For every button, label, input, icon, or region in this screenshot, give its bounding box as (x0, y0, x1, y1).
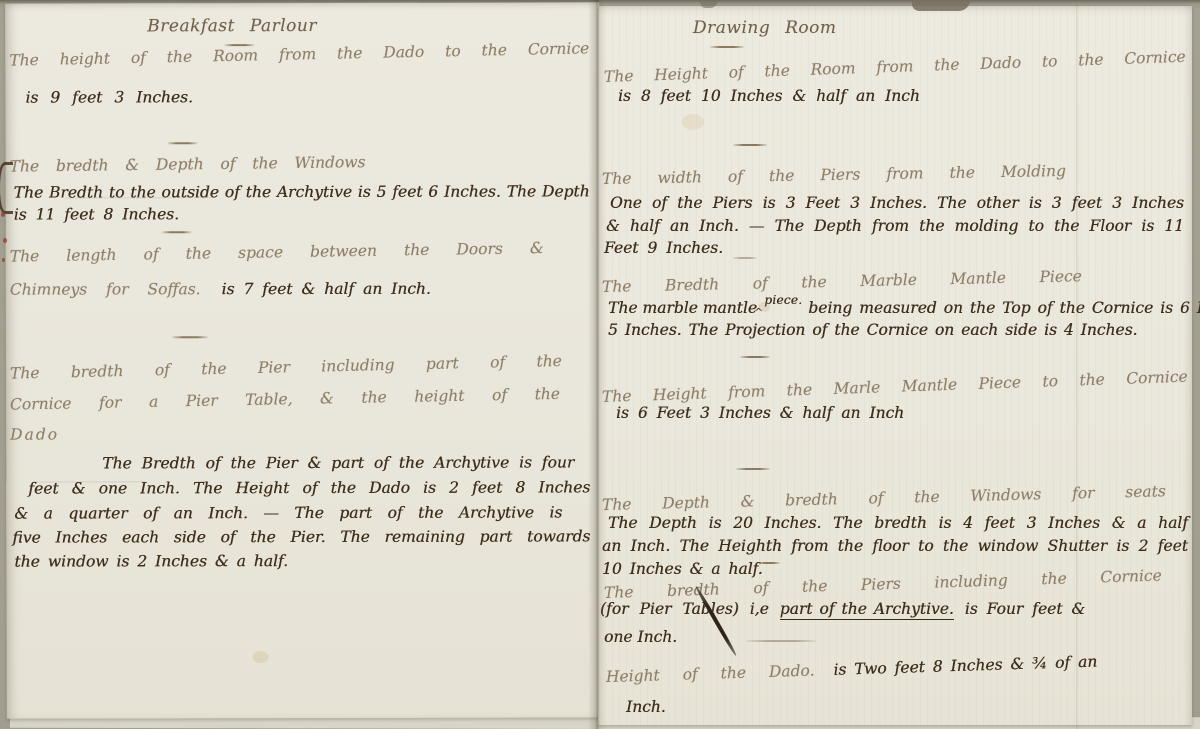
body-line: Inch. (626, 698, 666, 717)
measure-segment: is 7 feet & half an Inch. (222, 280, 431, 298)
section-header-line: The Height from the Marle Mantle Piece t… (602, 368, 1188, 407)
paper-stain (758, 302, 770, 312)
section-divider (740, 356, 770, 358)
section-divider (746, 640, 816, 642)
text-segment: being measured on the Top of the Cornice… (808, 299, 1200, 317)
body-line: The Bredth of the Pier & part of the Arc… (102, 453, 574, 473)
section-header-line: The Depth & bredth of the Windows for se… (602, 482, 1166, 514)
section-header-line: The bredth & Depth of the Windows (9, 153, 365, 176)
body-line: 5 Inches. The Projection of the Cornice … (608, 321, 1137, 340)
section-header-line: Cornice for a Pier Table, & the height o… (10, 385, 560, 414)
text-segment: (for Pier Tables) i,e (600, 600, 769, 618)
body-line: five Inches each side of the Pier. The r… (12, 527, 590, 547)
pencil-guideline (36, 481, 146, 482)
underlined-segment: part of the Archytive. (780, 600, 954, 620)
body-line: is 8 feet 10 Inches & half an Inch (618, 87, 920, 106)
title-underline (710, 46, 744, 48)
section-header-line: The width of the Piers from the Molding (602, 162, 1066, 189)
body-line: One of the Piers is 3 Feet 3 Inches. The… (610, 194, 1184, 213)
red-edge-speck (2, 258, 5, 262)
body-line: Height of the Dado. is Two feet 8 Inches… (606, 653, 1098, 687)
body-line: an Inch. The Heighth from the floor to t… (602, 537, 1188, 556)
body-line: Feet 9 Inches. (604, 239, 723, 258)
body-line: The Depth is 20 Inches. The bredth is 4 … (608, 514, 1188, 533)
header-segment: Height of the Dado. (606, 661, 815, 686)
right-page: Drawing Room The Height of the Room from… (598, 6, 1192, 725)
section-header-line: The bredth of the Pier including part of… (10, 352, 562, 383)
body-line: one Inch. (604, 628, 677, 647)
paper-stain (682, 114, 704, 130)
red-edge-speck (3, 238, 7, 243)
tear-mark (912, 0, 970, 11)
body-line: 10 Inches & a half. (602, 560, 763, 579)
body-line: The Bredth to the outside of the Archyti… (14, 182, 590, 202)
ink-bleed-edge-mark (0, 162, 13, 214)
body-line: is 6 Feet 3 Inches & half an Inch (616, 404, 904, 423)
section-divider (168, 142, 198, 144)
header-segment: Chimneys for Soffas. (10, 280, 201, 298)
section-header-line: Dado (10, 426, 59, 445)
section-divider (733, 144, 767, 146)
red-edge-speck (1, 212, 5, 217)
section-divider (172, 336, 208, 338)
text-segment: The marble mantle (608, 299, 757, 317)
body-line: the window is 2 Inches & a half. (14, 552, 288, 571)
body-line: Chimneys for Soffas. is 7 feet & half an… (10, 280, 431, 299)
section-header-line: The length of the space between the Door… (10, 239, 544, 266)
body-line: The marble mantle^piece. being measured … (608, 299, 1200, 318)
vertical-crease (1076, 0, 1079, 729)
section-header-line: The Height of the Room from the Dado to … (604, 48, 1186, 87)
dash-mark (758, 562, 780, 564)
body-line: & half an Inch. — The Depth from the mol… (606, 217, 1184, 236)
body-line: (for Pier Tables) i,e part of the Archyt… (600, 600, 1085, 619)
page-title: Drawing Room (693, 18, 837, 38)
body-line: is 11 feet 8 Inches. (14, 205, 179, 224)
body-line: is 9 feet 3 Inches. (25, 88, 193, 107)
page-title: Breakfast Parlour (147, 16, 317, 37)
section-divider (733, 257, 757, 259)
measure-segment: is Two feet 8 Inches & ¾ of an (833, 653, 1097, 679)
center-fold-shadow (588, 0, 606, 729)
body-line: & a quarter of an Inch. — The part of th… (14, 503, 562, 523)
left-page: Breakfast Parlour The height of the Room… (5, 2, 600, 718)
section-divider (162, 231, 192, 233)
manuscript-photo: Breakfast Parlour The height of the Room… (0, 0, 1200, 729)
section-header-line: The Bredth of the Marble Mantle Piece (602, 267, 1082, 296)
text-segment: is Four feet & (965, 600, 1085, 618)
section-header-line: The height of the Room from the Dado to … (9, 39, 589, 70)
section-divider (736, 468, 770, 470)
paper-stain (253, 651, 269, 663)
inserted-word: piece. (764, 293, 802, 307)
